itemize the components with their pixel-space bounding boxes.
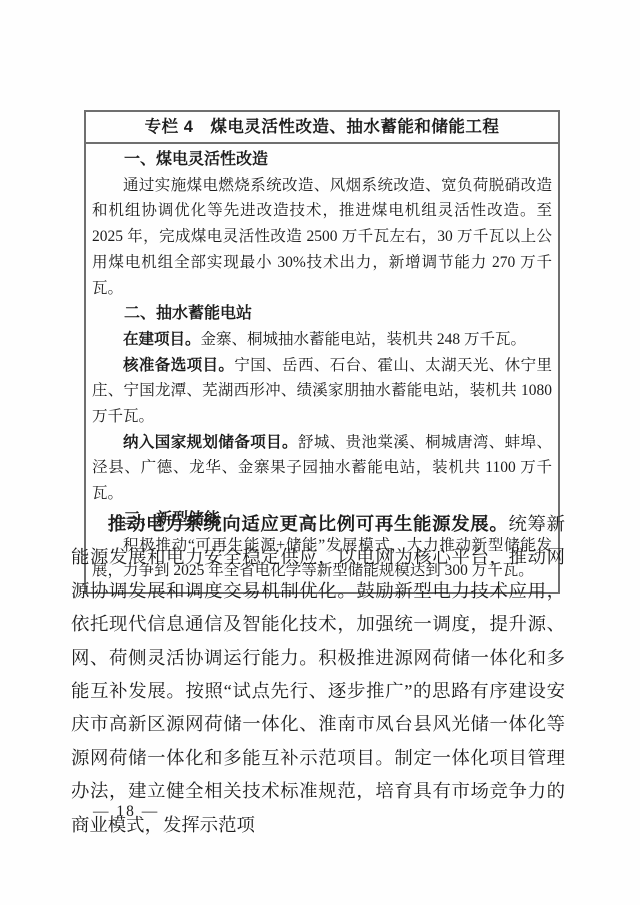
section-1-heading: 一、煤电灵活性改造 — [92, 147, 552, 173]
section-2-heading: 二、抽水蓄能电站 — [92, 301, 552, 327]
item-approved-candidates-label: 核准备选项目。 — [123, 357, 234, 374]
item-national-reserve: 纳入国家规划储备项目。舒城、贵池棠溪、桐城唐湾、蚌埠、泾县、广德、龙华、金寨果子… — [92, 430, 552, 507]
item-under-construction-text: 金寨、桐城抽水蓄能电站，装机共 248 万千瓦。 — [201, 331, 527, 348]
section-1-paragraph: 通过实施煤电燃烧系统改造、风烟系统改造、宽负荷脱硝改造和机组协调优化等先进改造技… — [92, 173, 552, 302]
item-approved-candidates: 核准备选项目。宁国、岳西、石台、霍山、太湖天光、休宁里庄、宁国龙潭、芜湖西形冲、… — [92, 353, 552, 430]
body-paragraph: 推动电力系统向适应更高比例可再生能源发展。统筹新能源发展和电力安全稳定供应，以电… — [71, 507, 565, 842]
column-box-title: 专栏 4 煤电灵活性改造、抽水蓄能和储能工程 — [86, 112, 558, 144]
body-paragraph-lead: 推动电力系统向适应更高比例可再生能源发展。 — [108, 513, 509, 534]
body-paragraph-text: 统筹新能源发展和电力安全稳定供应，以电网为核心平台，推动网源协调发展和调度交易机… — [71, 514, 565, 835]
item-under-construction: 在建项目。金寨、桐城抽水蓄能电站，装机共 248 万千瓦。 — [92, 327, 552, 353]
item-national-reserve-label: 纳入国家规划储备项目。 — [123, 434, 298, 451]
page-number: — 18 — — [93, 803, 159, 821]
item-under-construction-label: 在建项目。 — [123, 331, 201, 348]
document-page: 专栏 4 煤电灵活性改造、抽水蓄能和储能工程 一、煤电灵活性改造 通过实施煤电燃… — [0, 0, 640, 905]
